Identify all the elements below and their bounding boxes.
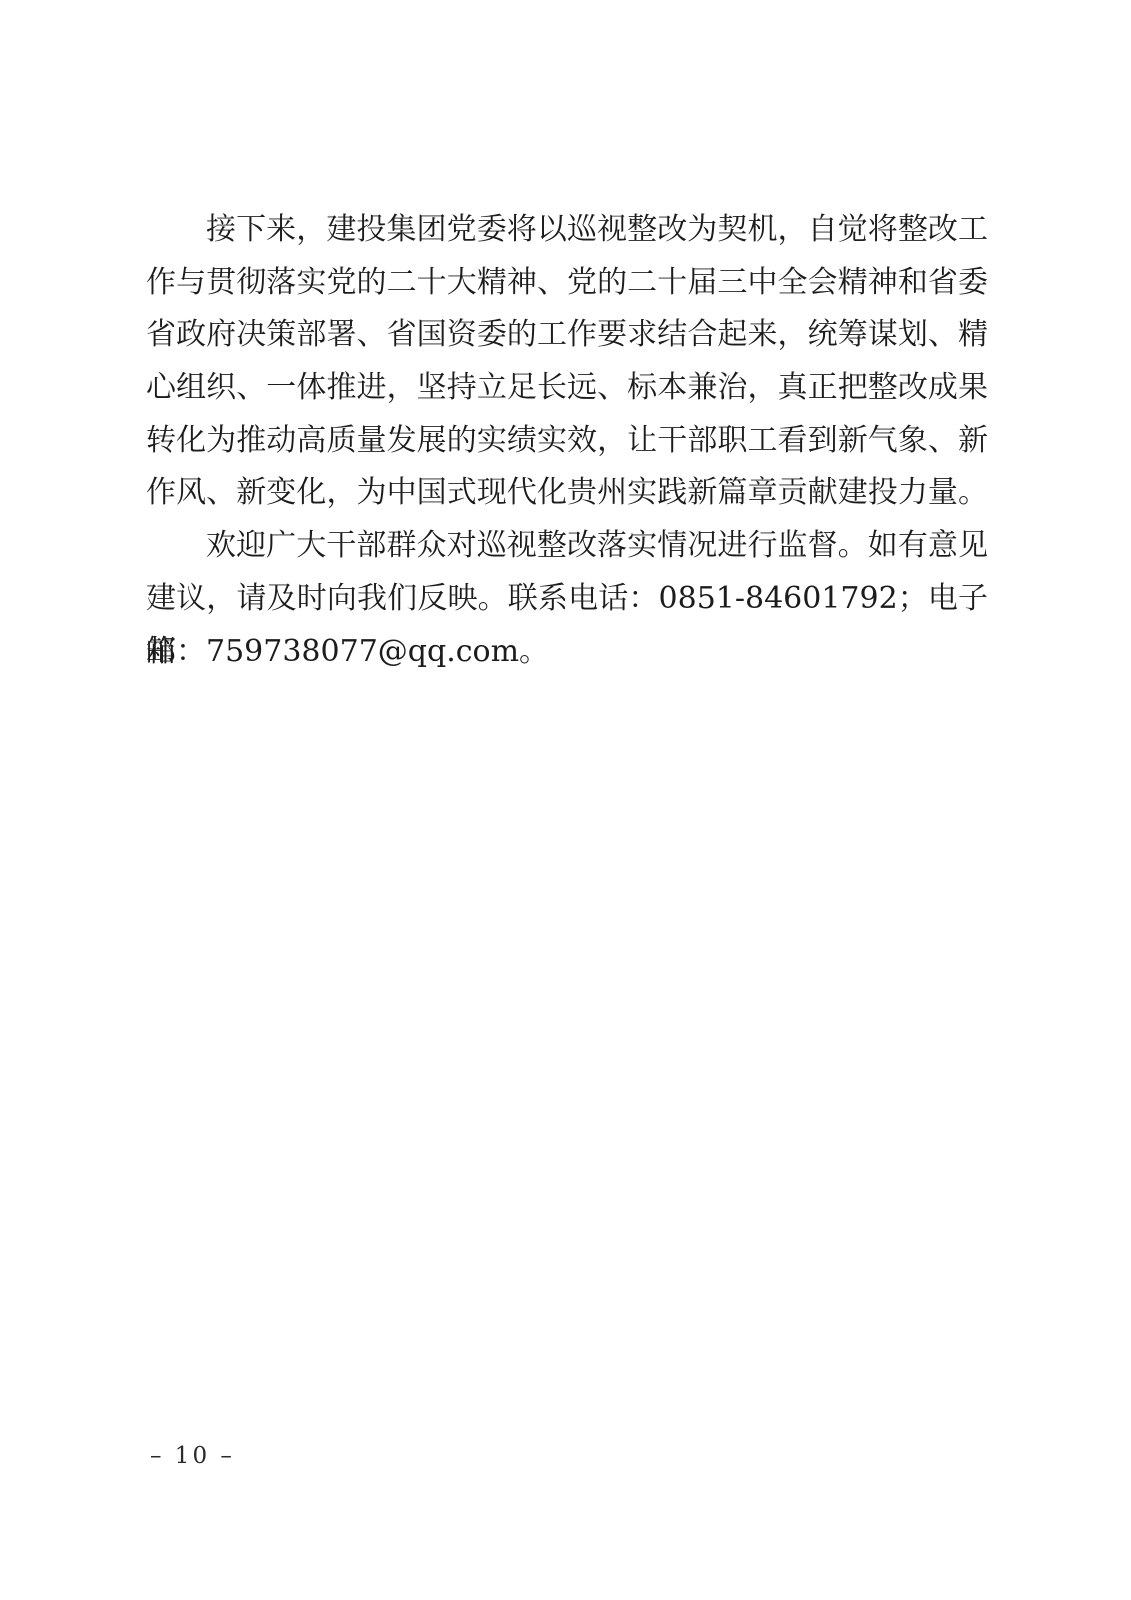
text-line: 作风、新变化，为中国式现代化贵州实践新篇章贡献建投力量。 bbox=[146, 467, 988, 520]
text-line: 作与贯彻落实党的二十大精神、党的二十届三中全会精神和省委 bbox=[146, 257, 988, 310]
document-page: 接下来，建投集团党委将以巡视整改为契机，自觉将整改工 作与贯彻落实党的二十大精神… bbox=[0, 0, 1131, 1600]
text-line: 欢迎广大干部群众对巡视整改落实情况进行监督。如有意见 bbox=[146, 520, 988, 573]
text-line: 省政府决策部署、省国资委的工作要求结合起来，统筹谋划、精 bbox=[146, 309, 988, 362]
body-text: 接下来，建投集团党委将以巡视整改为契机，自觉将整改工 作与贯彻落实党的二十大精神… bbox=[146, 204, 988, 678]
text-line: 心组织、一体推进，坚持立足长远、标本兼治，真正把整改成果 bbox=[146, 362, 988, 415]
text-line: 建议，请及时向我们反映。联系电话：0851-84601792；电子邮 bbox=[146, 573, 988, 626]
text-line: 箱：759738077@qq.com。 bbox=[146, 626, 988, 679]
paragraph-closing-remarks: 接下来，建投集团党委将以巡视整改为契机，自觉将整改工 作与贯彻落实党的二十大精神… bbox=[146, 204, 988, 520]
page-footer: – 10 – bbox=[150, 1441, 235, 1471]
text-line: 转化为推动高质量发展的实绩实效，让干部职工看到新气象、新 bbox=[146, 415, 988, 468]
text-line: 接下来，建投集团党委将以巡视整改为契机，自觉将整改工 bbox=[146, 204, 988, 257]
page-number: – 10 – bbox=[150, 1443, 235, 1469]
paragraph-supervision-contact: 欢迎广大干部群众对巡视整改落实情况进行监督。如有意见 建议，请及时向我们反映。联… bbox=[146, 520, 988, 678]
